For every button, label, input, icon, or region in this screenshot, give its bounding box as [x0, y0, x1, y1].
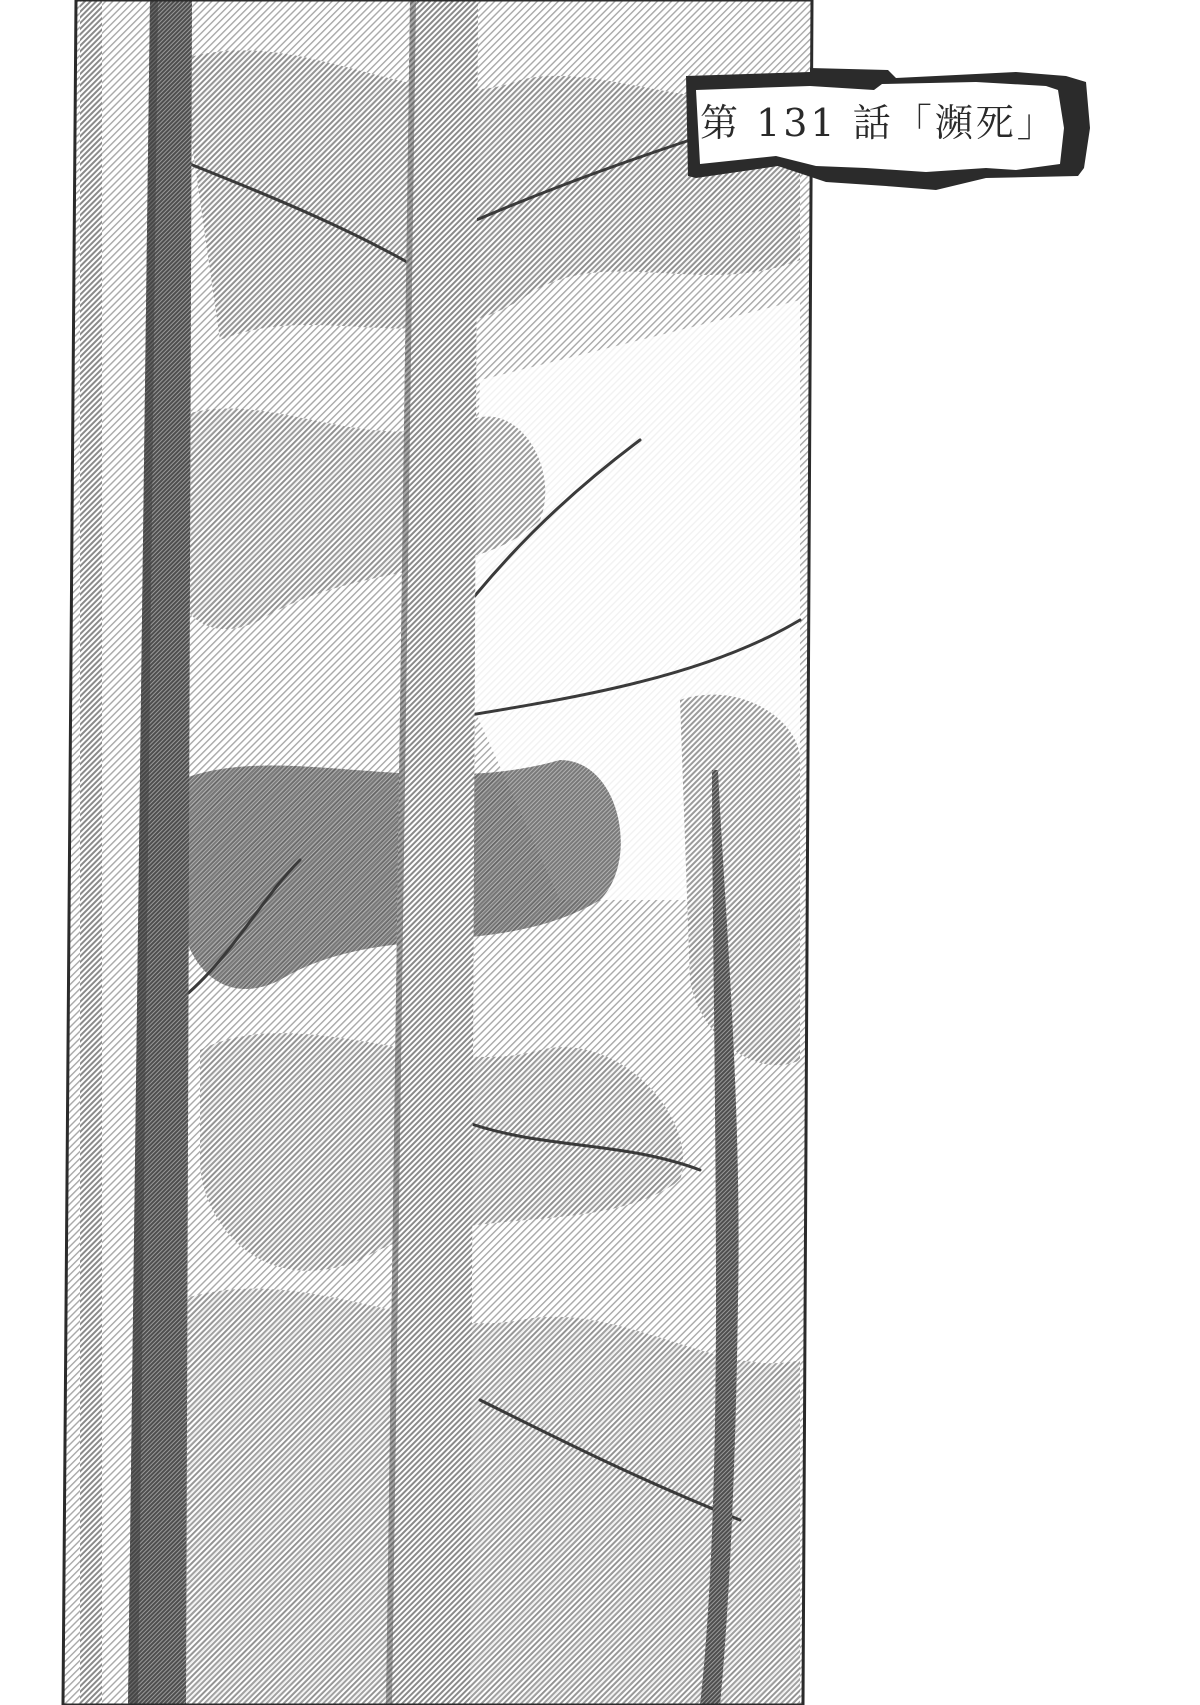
forest-illustration — [0, 0, 1200, 1705]
chapter-title-plate: 第 131 話「瀕死」 — [686, 68, 1092, 196]
chapter-title: 第 131 話「瀕死」 — [700, 104, 1080, 142]
forest-panel — [0, 0, 1200, 1705]
